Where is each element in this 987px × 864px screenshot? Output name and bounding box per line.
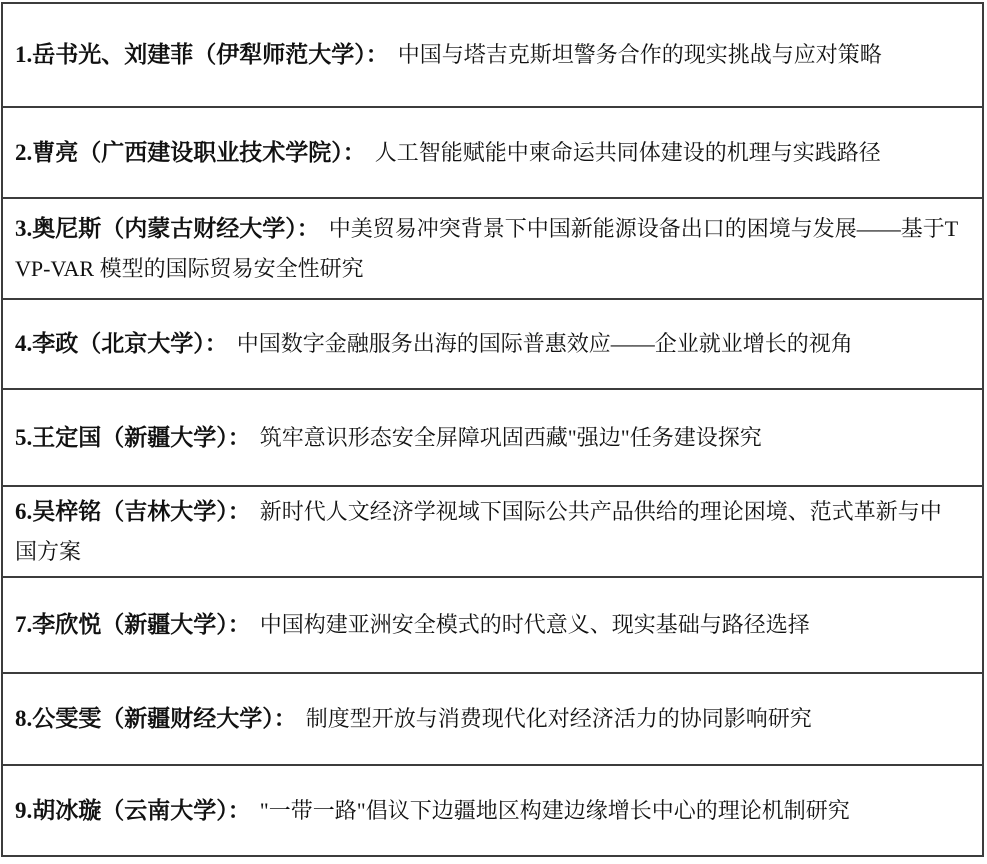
entry: 2.曹亮（广西建设职业技术学院）：人工智能赋能中柬命运共同体建设的机理与实践路径 — [15, 133, 962, 173]
entry-title: 制度型开放与消费现代化对经济活力的协同影响研究 — [306, 706, 812, 731]
table-row: 9.胡冰璇（云南大学）："一带一路"倡议下边疆地区构建边缘增长中心的理论机制研究 — [3, 766, 982, 855]
entry-author-affiliation: 4.李政（北京大学）： — [15, 331, 228, 356]
entry: 9.胡冰璇（云南大学）："一带一路"倡议下边疆地区构建边缘增长中心的理论机制研究 — [15, 791, 962, 831]
entry: 3.奥尼斯（内蒙古财经大学）：中美贸易冲突背景下中国新能源设备出口的困境与发展—… — [15, 209, 962, 289]
entry: 5.王定国（新疆大学）：筑牢意识形态安全屏障巩固西藏"强边"任务建设探究 — [15, 418, 962, 458]
table-row: 2.曹亮（广西建设职业技术学院）：人工智能赋能中柬命运共同体建设的机理与实践路径 — [3, 108, 982, 199]
entry: 1.岳书光、刘建菲（伊犁师范大学）：中国与塔吉克斯坦警务合作的现实挑战与应对策略 — [15, 35, 962, 75]
table-row: 8.公雯雯（新疆财经大学）：制度型开放与消费现代化对经济活力的协同影响研究 — [3, 674, 982, 766]
entry-title: 中国与塔吉克斯坦警务合作的现实挑战与应对策略 — [398, 42, 882, 67]
entry: 4.李政（北京大学）：中国数字金融服务出海的国际普惠效应——企业就业增长的视角 — [15, 324, 962, 364]
table-row: 5.王定国（新疆大学）：筑牢意识形态安全屏障巩固西藏"强边"任务建设探究 — [3, 390, 982, 487]
entry-author-affiliation: 2.曹亮（广西建设职业技术学院）： — [15, 140, 366, 165]
table-row: 4.李政（北京大学）：中国数字金融服务出海的国际普惠效应——企业就业增长的视角 — [3, 300, 982, 390]
entry-author-affiliation: 3.奥尼斯（内蒙古财经大学）： — [15, 216, 320, 241]
paper-list-table: 1.岳书光、刘建菲（伊犁师范大学）：中国与塔吉克斯坦警务合作的现实挑战与应对策略… — [1, 2, 984, 857]
entry-title: 人工智能赋能中柬命运共同体建设的机理与实践路径 — [375, 140, 881, 165]
entry: 8.公雯雯（新疆财经大学）：制度型开放与消费现代化对经济活力的协同影响研究 — [15, 699, 962, 739]
entry-title: 中国数字金融服务出海的国际普惠效应——企业就业增长的视角 — [237, 331, 853, 356]
entry-title: 筑牢意识形态安全屏障巩固西藏"强边"任务建设探究 — [260, 425, 762, 450]
entry-author-affiliation: 9.胡冰璇（云南大学）： — [15, 798, 251, 823]
entry-title: 中国构建亚洲安全模式的时代意义、现实基础与路径选择 — [260, 612, 810, 637]
entry-author-affiliation: 8.公雯雯（新疆财经大学）： — [15, 706, 297, 731]
table-row: 1.岳书光、刘建菲（伊犁师范大学）：中国与塔吉克斯坦警务合作的现实挑战与应对策略 — [3, 4, 982, 108]
entry-author-affiliation: 5.王定国（新疆大学）： — [15, 425, 251, 450]
table-row: 6.吴梓铭（吉林大学）：新时代人文经济学视域下国际公共产品供给的理论困境、范式革… — [3, 487, 982, 578]
table-row: 3.奥尼斯（内蒙古财经大学）：中美贸易冲突背景下中国新能源设备出口的困境与发展—… — [3, 199, 982, 300]
document-page: 1.岳书光、刘建菲（伊犁师范大学）：中国与塔吉克斯坦警务合作的现实挑战与应对策略… — [0, 0, 987, 864]
entry-author-affiliation: 6.吴梓铭（吉林大学）： — [15, 499, 251, 524]
entry-author-affiliation: 7.李欣悦（新疆大学）： — [15, 612, 251, 637]
entry: 7.李欣悦（新疆大学）：中国构建亚洲安全模式的时代意义、现实基础与路径选择 — [15, 605, 962, 645]
entry-title: "一带一路"倡议下边疆地区构建边缘增长中心的理论机制研究 — [260, 798, 850, 823]
entry: 6.吴梓铭（吉林大学）：新时代人文经济学视域下国际公共产品供给的理论困境、范式革… — [15, 492, 962, 572]
entry-author-affiliation: 1.岳书光、刘建菲（伊犁师范大学）： — [15, 42, 389, 67]
table-row: 7.李欣悦（新疆大学）：中国构建亚洲安全模式的时代意义、现实基础与路径选择 — [3, 578, 982, 674]
